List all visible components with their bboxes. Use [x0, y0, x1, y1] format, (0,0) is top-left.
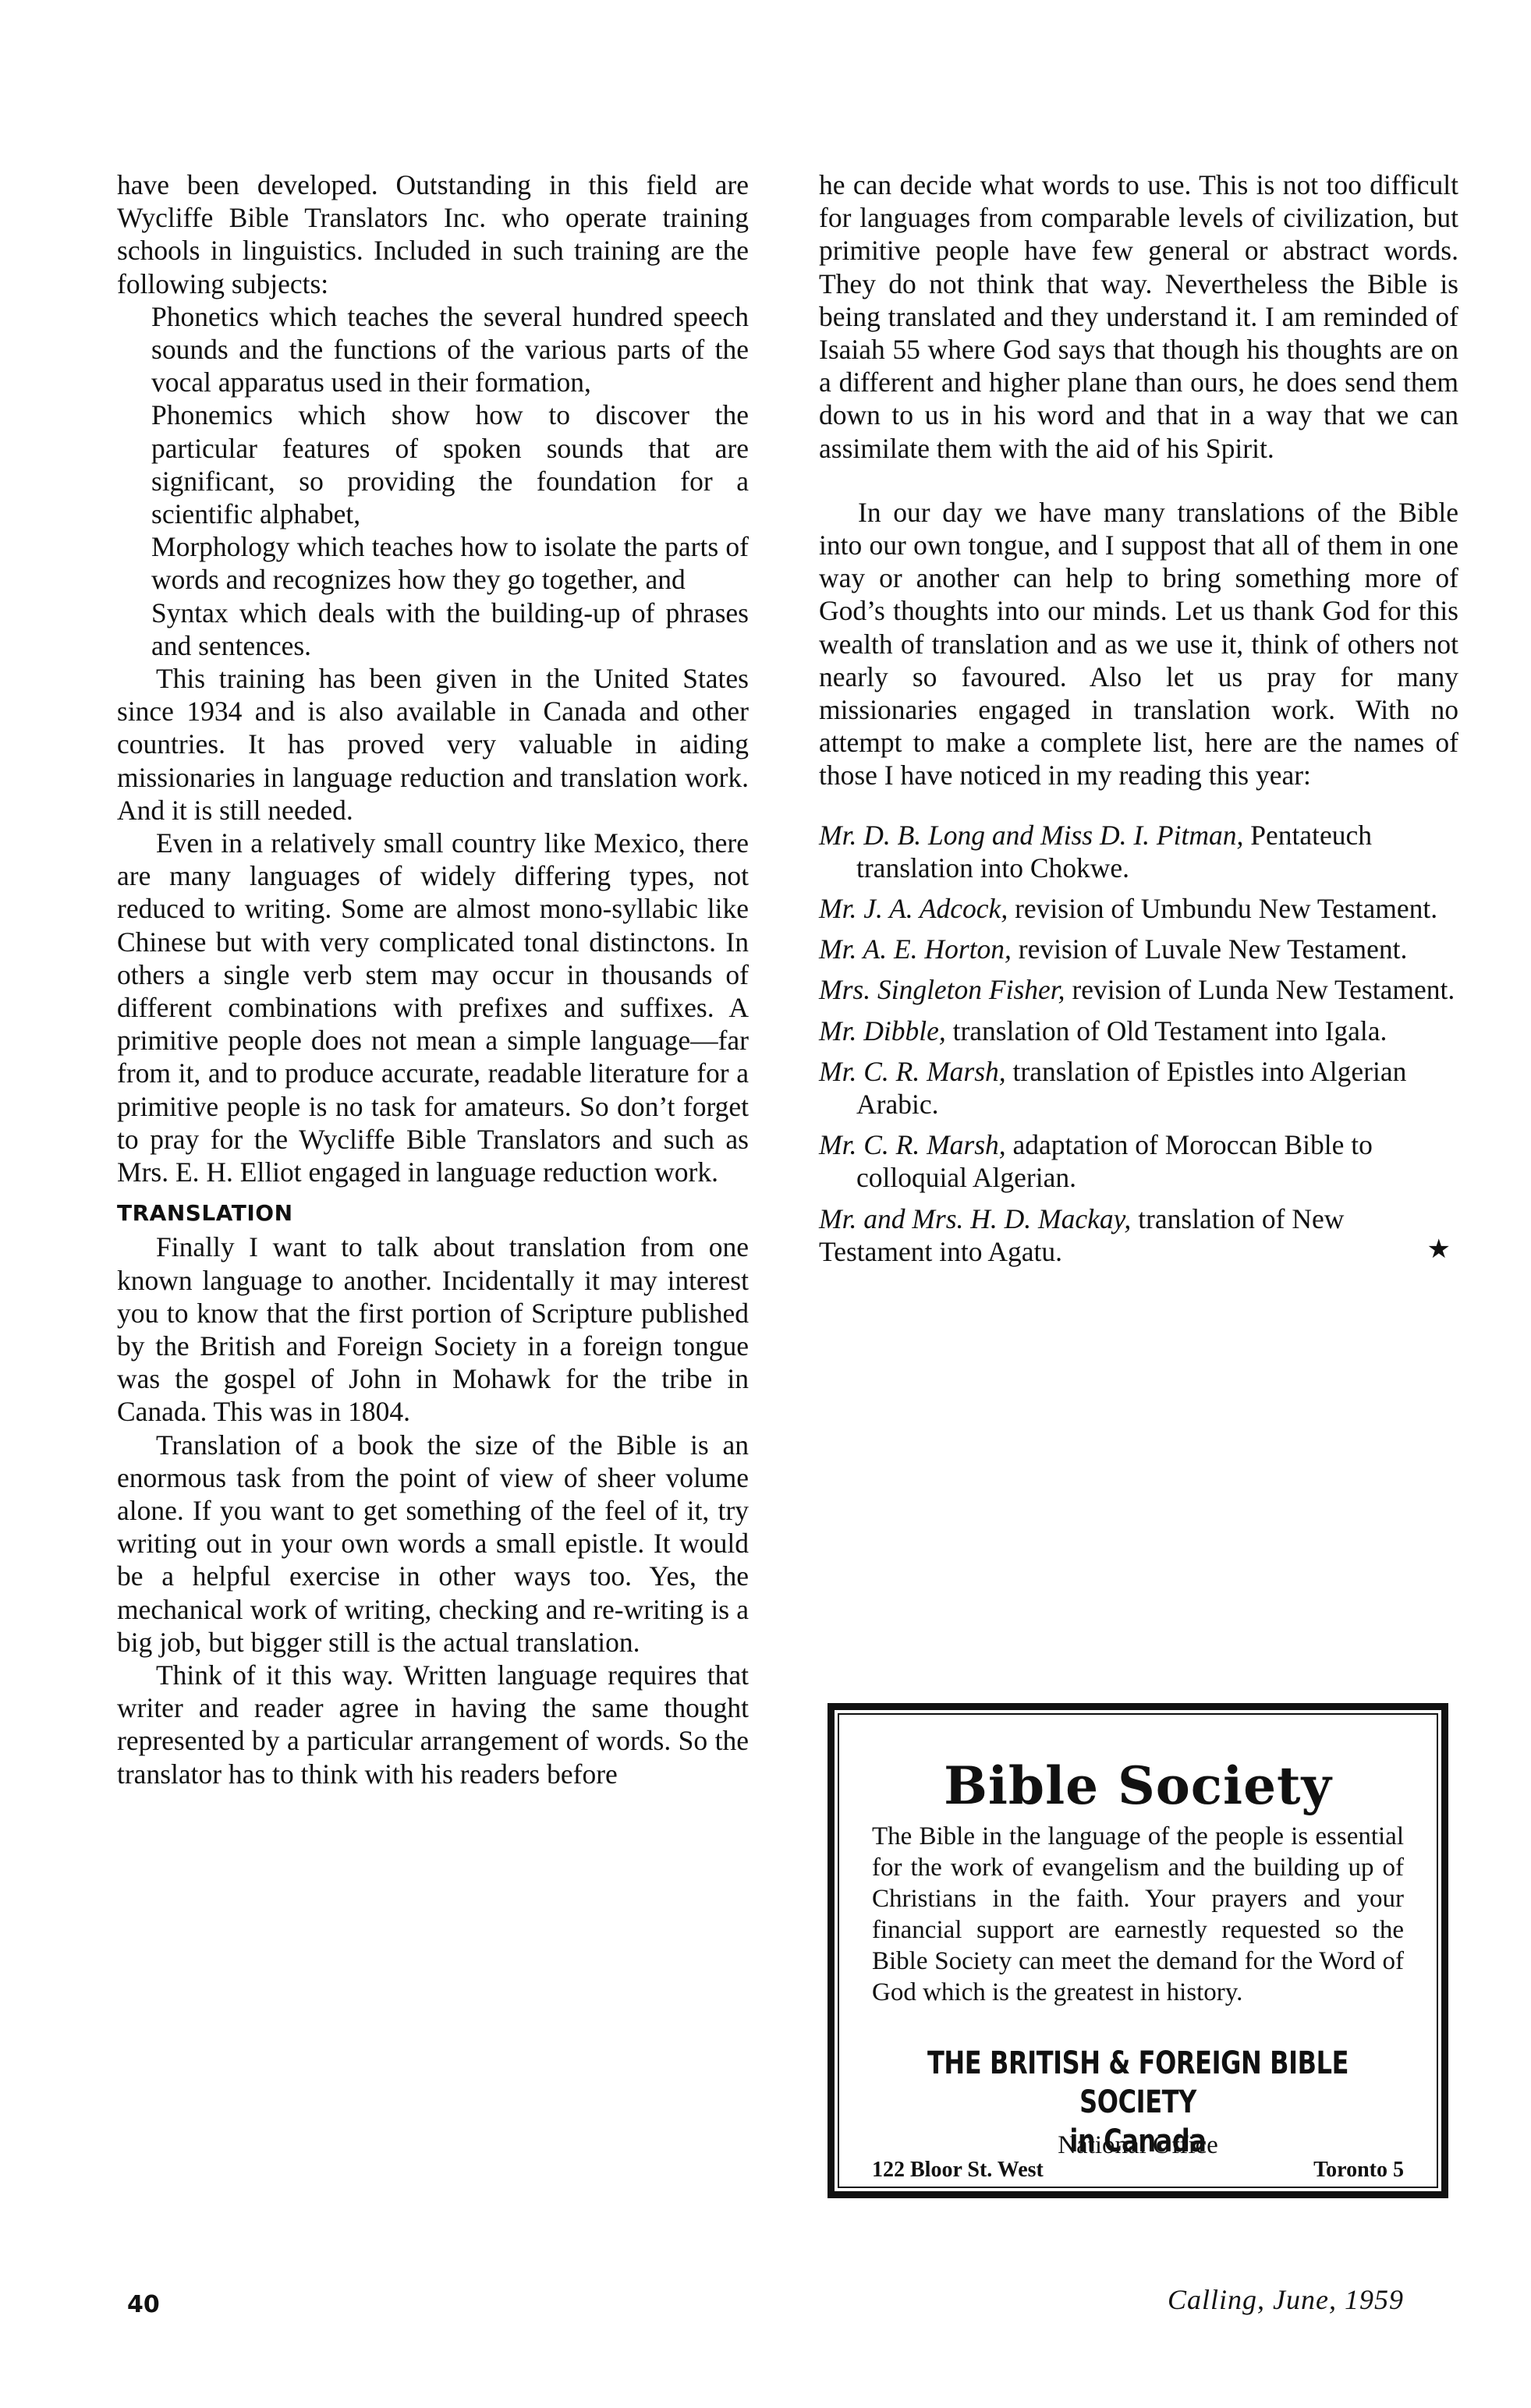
ad-street-address: 122 Bloor St. West [872, 2158, 1044, 2183]
bible-society-advertisement: Bible Society The Bible in the language … [828, 1703, 1448, 2198]
translator-name: Mr. C. R. Marsh, [819, 1056, 1006, 1087]
translator-item: Mr. D. B. Long and Miss D. I. Pitman, Pe… [819, 819, 1458, 884]
right-column: he can decide what words to use. This is… [819, 168, 1458, 1276]
translator-name: Mr. J. A. Adcock, [819, 893, 1008, 924]
subject-phonemics: Phonemics which show how to discover the… [117, 398, 749, 530]
ad-body: The Bible in the language of the people … [872, 1821, 1404, 2008]
translator-item: Mr. Dibble, translation of Old Testament… [819, 1015, 1458, 1047]
subjects-list: Phonetics which teaches the several hund… [117, 300, 749, 662]
translation-paragraph-1: Finally I want to talk about translation… [117, 1231, 749, 1428]
ad-address-row: 122 Bloor St. West Toronto 5 [872, 2158, 1404, 2183]
translator-work: revision of Luvale New Testament. [1012, 933, 1408, 965]
translation-paragraph-2: Translation of a book the size of the Bi… [117, 1429, 749, 1659]
translator-name: Mrs. Singleton Fisher, [819, 974, 1065, 1005]
training-paragraph: This training has been given in the Unit… [117, 662, 749, 827]
paragraph-spacer [819, 465, 1458, 496]
translation-paragraph-3: Think of it this way. Written language r… [117, 1659, 749, 1790]
ad-office: National Office [835, 2131, 1441, 2159]
subject-morphology: Morphology which teaches how to isolate … [117, 530, 749, 596]
subject-syntax: Syntax which deals with the building-up … [117, 597, 749, 662]
left-column: have been developed. Outstanding in this… [117, 168, 749, 1790]
page-number: 40 [127, 2291, 160, 2318]
translator-work: revision of Umbundu New Testament. [1008, 893, 1437, 924]
translator-work: revision of Lunda New Testament. [1065, 974, 1455, 1005]
translator-item: Mr. J. A. Adcock, revision of Umbundu Ne… [819, 892, 1458, 925]
continuation-paragraph: he can decide what words to use. This is… [819, 168, 1458, 465]
section-heading-translation: TRANSLATION [117, 1199, 749, 1227]
ad-title: Bible Society [835, 1758, 1441, 1813]
translator-item: Mr. C. R. Marsh, translation of Epistles… [819, 1055, 1458, 1121]
translations-paragraph: In our day we have many translations of … [819, 496, 1458, 792]
translator-work: translation of Old Testament into Igala. [946, 1015, 1387, 1046]
translator-item: Mr. and Mrs. H. D. Mackay, translation o… [819, 1202, 1458, 1268]
translator-name: Mr. A. E. Horton, [819, 933, 1012, 965]
publication-footer: Calling, June, 1959 [1168, 2283, 1404, 2316]
star-end-mark-icon: ★ [1427, 1234, 1451, 1266]
translator-name: Mr. D. B. Long and Miss D. I. Pitman, [819, 820, 1243, 851]
ad-org-name: THE BRITISH & FOREIGN BIBLE SOCIETY [895, 2044, 1380, 2122]
magazine-page: have been developed. Outstanding in this… [0, 0, 1531, 2408]
translator-name: Mr. Dibble, [819, 1015, 946, 1046]
intro-paragraph: have been developed. Outstanding in this… [117, 168, 749, 300]
translators-list: Mr. D. B. Long and Miss D. I. Pitman, Pe… [819, 819, 1458, 1268]
translator-item: Mrs. Singleton Fisher, revision of Lunda… [819, 973, 1458, 1006]
mexico-paragraph: Even in a relatively small country like … [117, 827, 749, 1188]
translator-name: Mr. and Mrs. H. D. Mackay, [819, 1203, 1131, 1234]
subject-phonetics: Phonetics which teaches the several hund… [117, 300, 749, 399]
translator-name: Mr. C. R. Marsh, [819, 1129, 1006, 1160]
translator-item: Mr. C. R. Marsh, adaptation of Moroccan … [819, 1128, 1458, 1194]
ad-city: Toronto 5 [1313, 2158, 1404, 2183]
translator-item: Mr. A. E. Horton, revision of Luvale New… [819, 933, 1458, 965]
